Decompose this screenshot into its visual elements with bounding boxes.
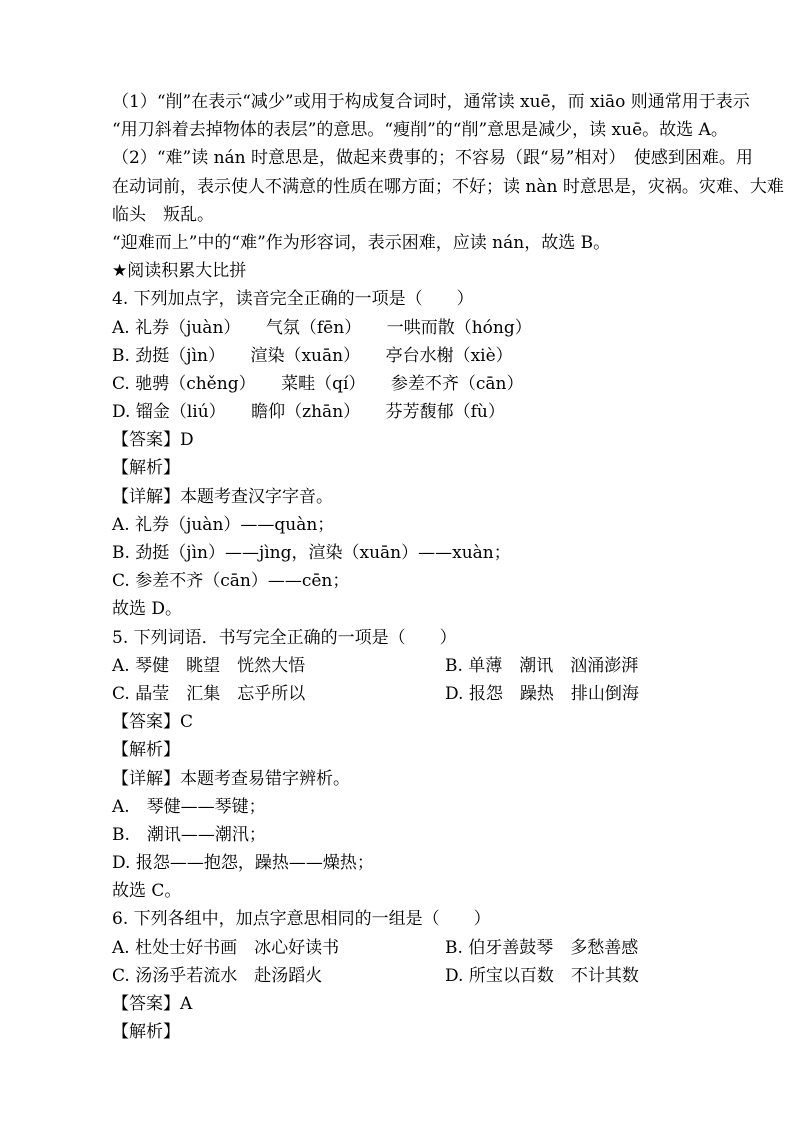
q4-detail-line: B. 劲挺（jìn）——jìng，渲染（xuān）——xuàn；: [112, 539, 712, 567]
analysis-line: （1）“削”在表示“减少”或用于构成复合词时，通常读 xuē，而 xiāo 则通…: [112, 88, 712, 116]
q6-stem: 6. 下列各组中，加点字意思相同的一组是（ ）: [112, 905, 712, 933]
q4-option-c: C. 驰骋（chěng） 菜畦（qí） 参差不齐（cān）: [112, 370, 712, 398]
q5-analysis-label: 【解析】: [112, 736, 712, 764]
q4-detail-line: C. 参差不齐（cān）——cēn；: [112, 567, 712, 595]
q6-analysis-label: 【解析】: [112, 1018, 712, 1046]
q6-answer-line: 【答案】A: [112, 990, 712, 1018]
q5-answer-line: 【答案】C: [112, 708, 712, 736]
q6-option-row: A. 杜处士好书画 冰心好读书 B. 伯牙善鼓琴 多愁善感: [112, 934, 712, 962]
q5-option-d: D. 报怨 躁热 排山倒海: [445, 680, 639, 708]
q4-answer-line: 【答案】D: [112, 426, 712, 454]
analysis-line: （2）“难”读 nán 时意思是，做起来费事的；不容易（跟“易”相对） 使感到困…: [112, 144, 712, 172]
q4-detail-line: 故选 D。: [112, 595, 712, 623]
document-page: （1）“削”在表示“减少”或用于构成复合词时，通常读 xuē，而 xiāo 则通…: [0, 0, 796, 1125]
analysis-line: 临头 叛乱。: [112, 201, 712, 229]
section-header: ★阅读积累大比拼: [112, 257, 712, 285]
q4-option-d: D. 镏金（liú） 瞻仰（zhān） 芬芳馥郁（fù）: [112, 398, 712, 426]
q5-option-c: C. 晶莹 汇集 忘乎所以: [112, 680, 305, 708]
q5-option-a: A. 琴健 眺望 恍然大悟: [112, 652, 305, 680]
q5-option-row: C. 晶莹 汇集 忘乎所以 D. 报怨 躁热 排山倒海: [112, 680, 712, 708]
q4-option-b: B. 劲挺（jìn） 渲染（xuān） 亭台水榭（xiè）: [112, 342, 712, 370]
q5-detail-line: B. 潮讯——潮汛；: [112, 821, 712, 849]
q6-option-d: D. 所宝以百数 不计其数: [445, 962, 639, 990]
analysis-line: 在动词前，表示使人不满意的性质在哪方面；不好；读 nàn 时意思是，灾祸。灾难、…: [112, 173, 712, 201]
analysis-line: “迎难而上”中的“难”作为形容词，表示困难，应读 nán，故选 B。: [112, 229, 712, 257]
q4-detail-line: A. 礼券（juàn）——quàn；: [112, 511, 712, 539]
q4-detail-line: 【详解】本题考查汉字字音。: [112, 483, 712, 511]
q4-analysis-label: 【解析】: [112, 454, 712, 482]
q6-option-b: B. 伯牙善鼓琴 多愁善感: [445, 934, 638, 962]
q5-detail-line: 故选 C。: [112, 877, 712, 905]
q6-option-c: C. 汤汤乎若流水 赴汤蹈火: [112, 962, 322, 990]
q6-option-row: C. 汤汤乎若流水 赴汤蹈火 D. 所宝以百数 不计其数: [112, 962, 712, 990]
q4-option-a: A. 礼券（juàn） 气氛（fēn） 一哄而散（hóng）: [112, 314, 712, 342]
q5-detail-line: A. 琴健——琴键；: [112, 793, 712, 821]
document-content: （1）“削”在表示“减少”或用于构成复合词时，通常读 xuē，而 xiāo 则通…: [112, 88, 712, 1046]
analysis-line: “用刀斜着去掉物体的表层”的意思。“瘦削”的“削”意思是减少，读 xuē。故选 …: [112, 116, 712, 144]
q5-option-b: B. 单薄 潮讯 汹涌澎湃: [445, 652, 638, 680]
q5-detail-line: D. 报怨——抱怨，躁热——燥热；: [112, 849, 712, 877]
q5-option-row: A. 琴健 眺望 恍然大悟 B. 单薄 潮讯 汹涌澎湃: [112, 652, 712, 680]
q5-stem: 5. 下列词语．书写完全正确的一项是（ ）: [112, 624, 712, 652]
q4-stem: 4. 下列加点字，读音完全正确的一项是（ ）: [112, 285, 712, 313]
q5-detail-line: 【详解】本题考查易错字辨析。: [112, 765, 712, 793]
q6-option-a: A. 杜处士好书画 冰心好读书: [112, 934, 339, 962]
